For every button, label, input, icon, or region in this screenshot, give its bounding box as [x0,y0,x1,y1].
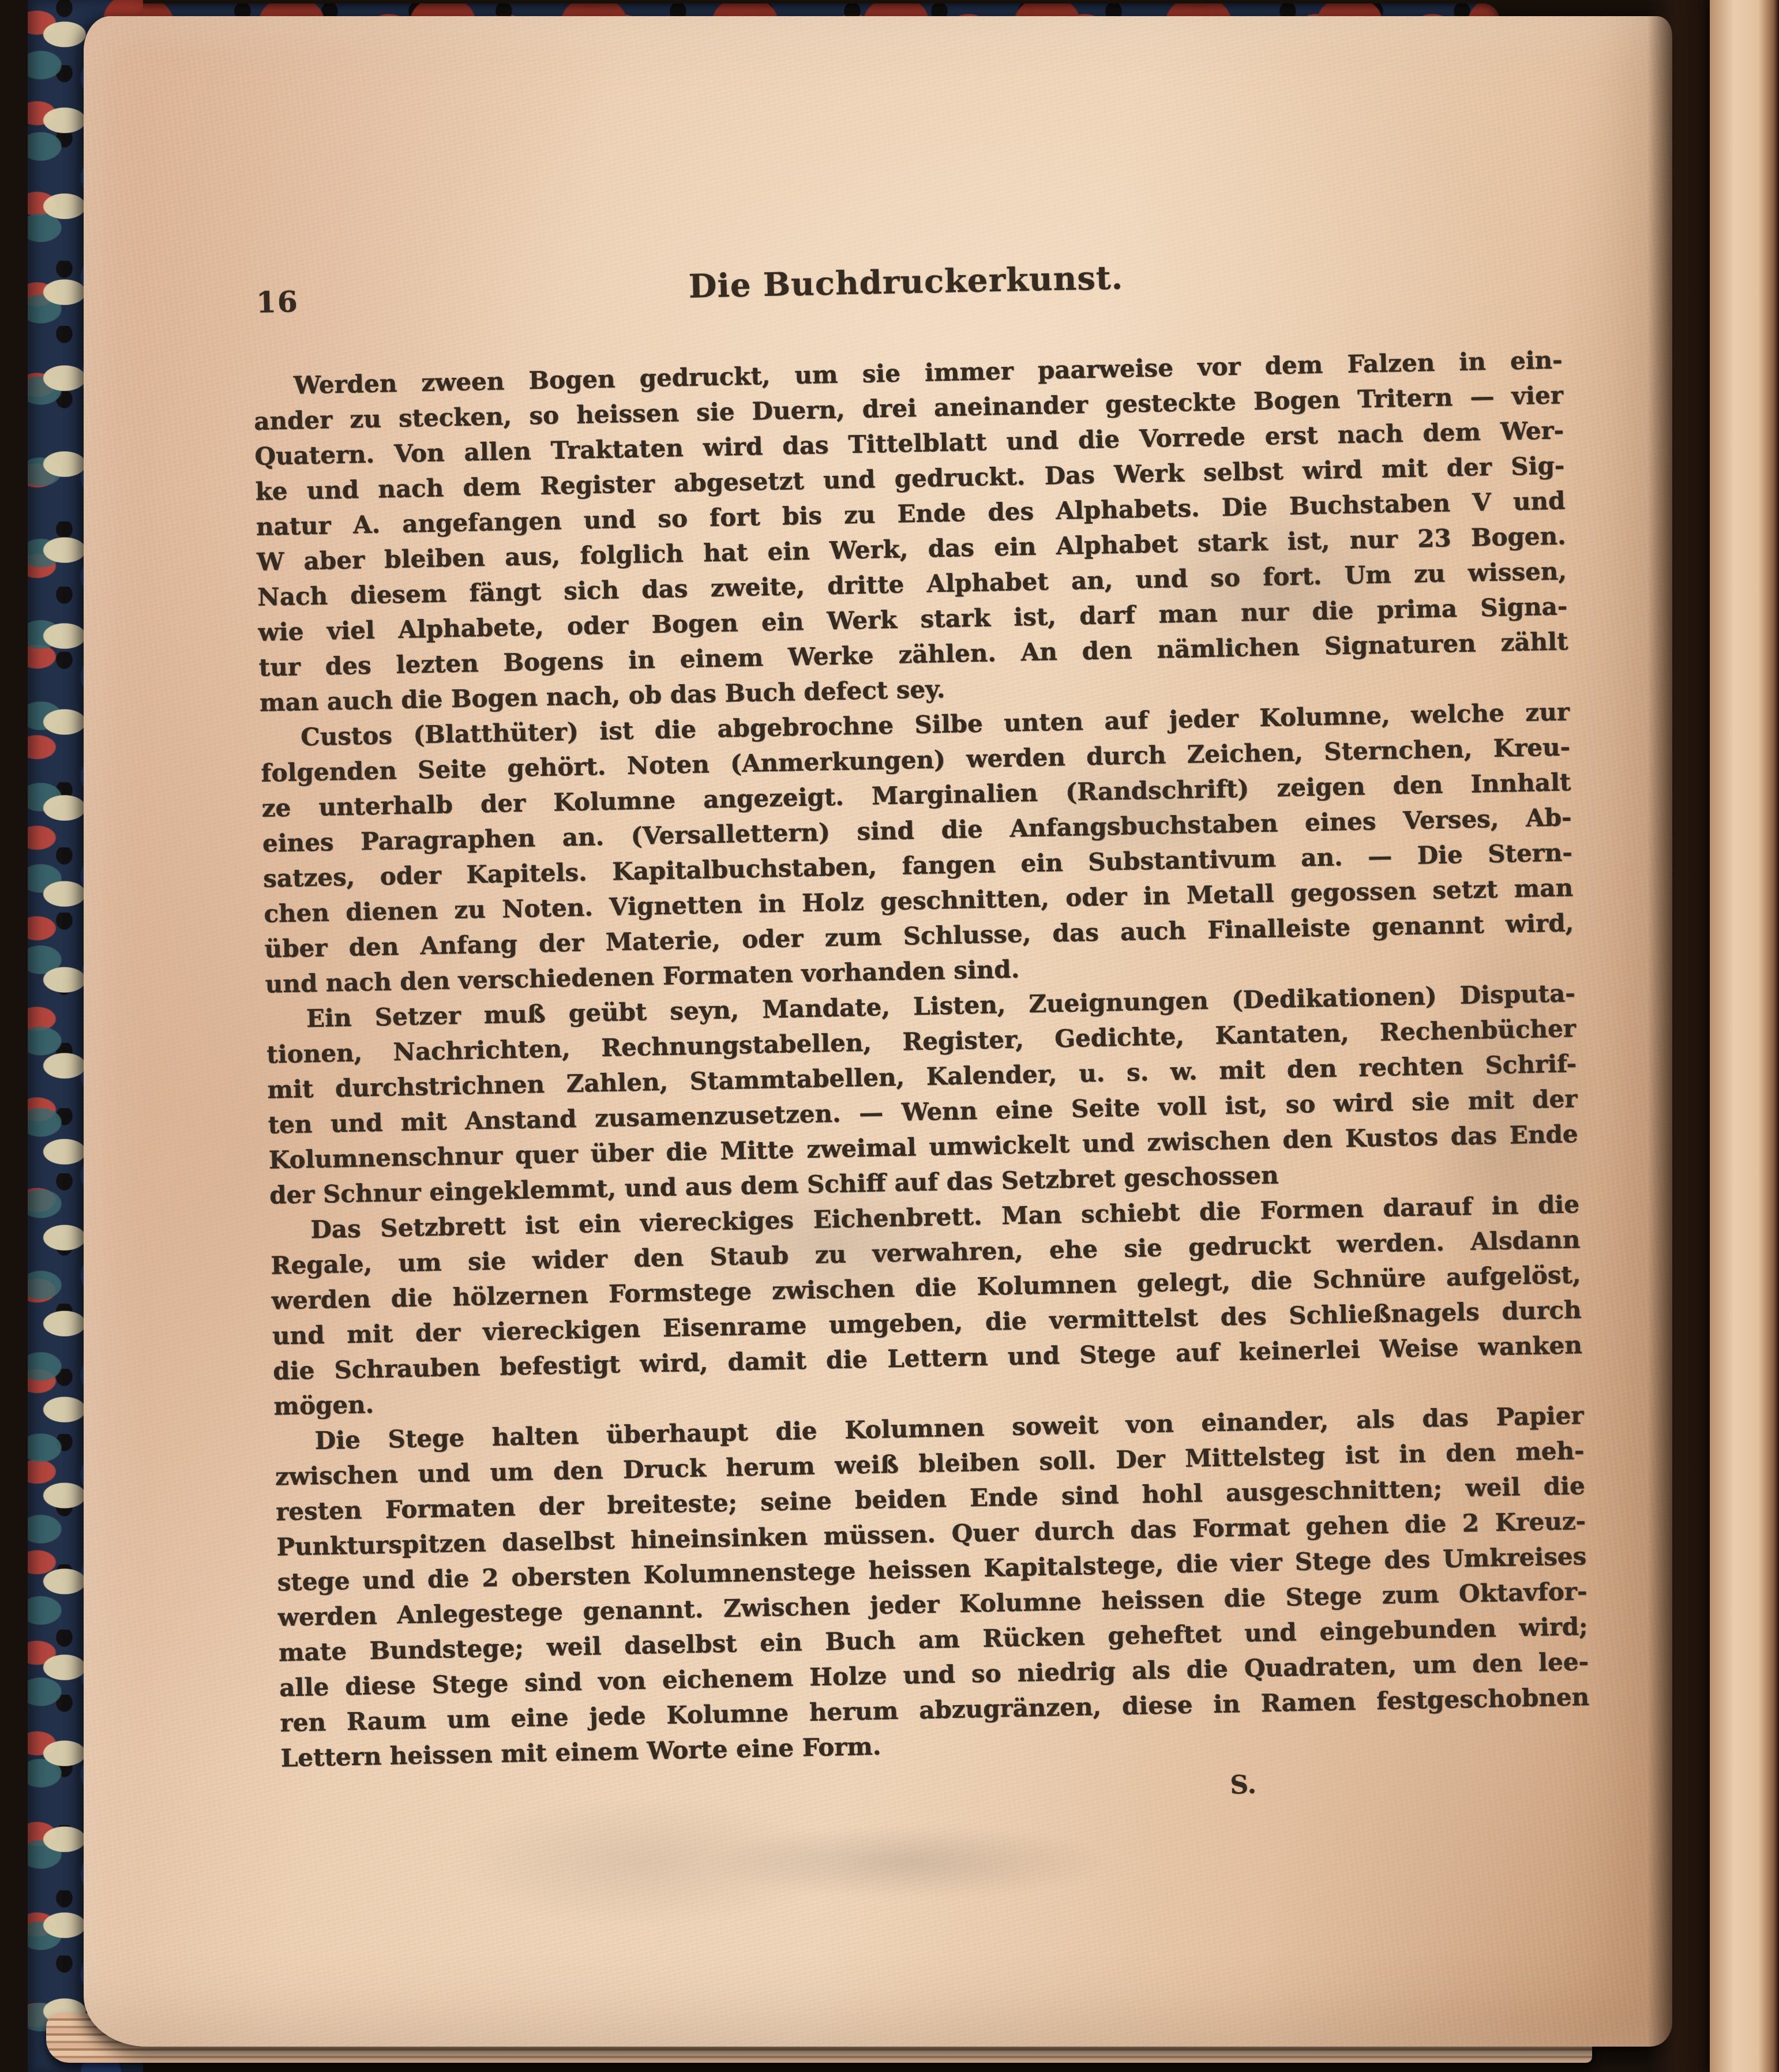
body-text: Werden zween Bogen gedruckt, um sie imme… [253,342,1590,1776]
paragraph: Custos (Blatthüter) ist die abgebrochne … [260,694,1575,1001]
book-scan: 16 Die Buchdruckerkunst. Werden zween Bo… [0,0,1779,2072]
printed-content: 16 Die Buchdruckerkunst. Werden zween Bo… [246,3,1592,1819]
paragraph: Die Stege halten überhaupt die Kolumnen … [274,1398,1590,1776]
paragraph: Ein Setzer muß geübt seyn, Mandate, List… [265,975,1579,1213]
next-page-edge [1710,0,1779,2072]
running-header: Die Buchdruckerkunst. [251,250,1561,314]
page-number: 16 [256,284,299,319]
book-page: 16 Die Buchdruckerkunst. Werden zween Bo… [84,16,1672,2047]
page-head: 16 Die Buchdruckerkunst. [251,250,1561,321]
gutter-shadow [1647,0,1711,2072]
ink-bleedthrough [649,1816,1168,1908]
paragraph: Werden zween Bogen gedruckt, um sie imme… [253,342,1569,720]
paragraph: Das Setzbrett ist ein viereckiges Eichen… [270,1187,1583,1424]
